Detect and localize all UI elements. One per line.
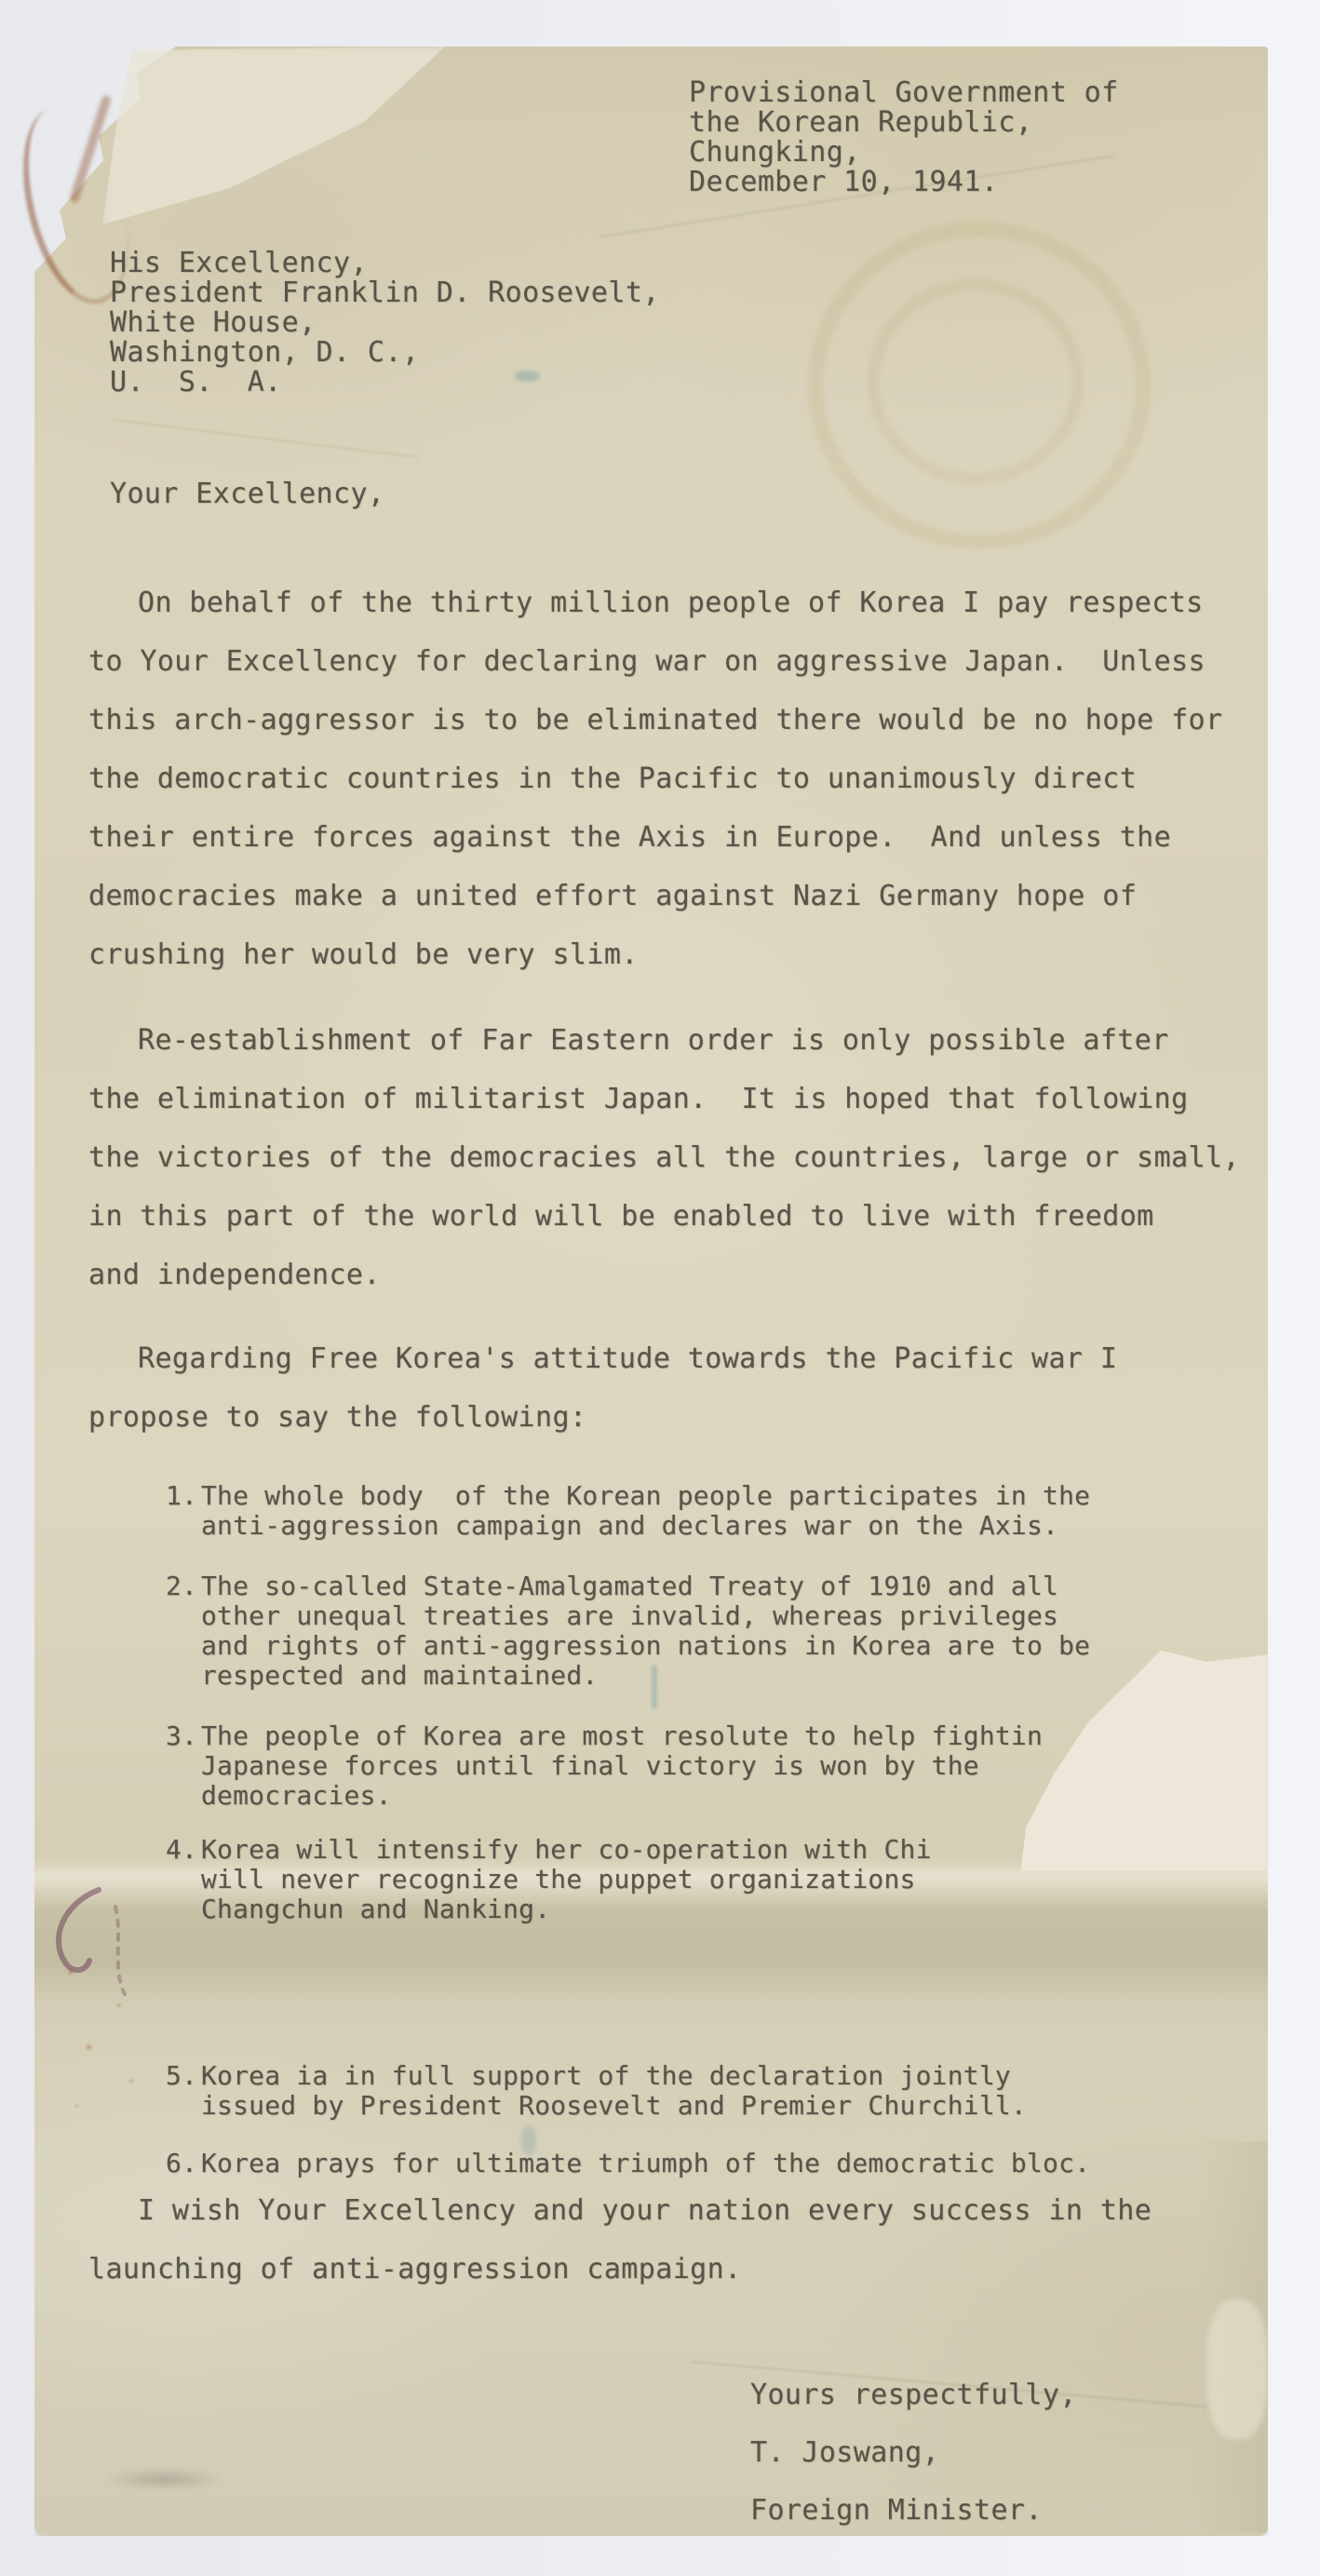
body-line: Re-establishment of Far Eastern order is… <box>138 1027 1169 1055</box>
list-item-number: 3. <box>166 1723 197 1749</box>
recipient-line: U. S. A. <box>110 369 282 397</box>
body-line: and independence. <box>88 1261 381 1289</box>
scanned-letter-page: Provisional Government of the Korean Rep… <box>0 0 1320 2576</box>
list-item-line: The so-called State-Amalgamated Treaty o… <box>201 1573 1058 1599</box>
body-line: to Your Excellency for declaring war on … <box>88 648 1206 676</box>
list-item-line: anti-aggression campaign and declares wa… <box>201 1513 1058 1539</box>
signature-title: Foreign Minister. <box>750 2497 1043 2525</box>
body-line: the victories of the democracies all the… <box>88 1144 1240 1172</box>
body-line: Regarding Free Korea's attitude towards … <box>138 1345 1117 1373</box>
body-line: crushing her would be very slim. <box>88 941 639 969</box>
letter-date: December 10, 1941. <box>689 169 998 196</box>
letter-header-line: the Korean Republic, <box>689 109 1032 137</box>
list-item-line: Japanese forces until final victory is w… <box>201 1753 979 1779</box>
letter-header-line: Provisional Government of <box>689 79 1119 107</box>
list-item-number: 4. <box>166 1837 197 1863</box>
signature-closing: Yours respectfully, <box>750 2381 1077 2409</box>
list-item-line: Korea ia in full support of the declarat… <box>201 2063 1011 2089</box>
list-item-line: The whole body of the Korean people part… <box>201 1483 1090 1509</box>
recipient-line: His Excellency, <box>110 250 368 277</box>
list-item-line: The people of Korea are most resolute to… <box>201 1723 1043 1749</box>
list-item-line: will never recognize the puppet organiza… <box>201 1867 916 1893</box>
recipient-line: President Franklin D. Roosevelt, <box>110 279 660 307</box>
body-line: the democratic countries in the Pacific … <box>88 765 1137 793</box>
list-item-line: Changchun and Nanking. <box>201 1896 550 1922</box>
salutation: Your Excellency, <box>110 480 384 508</box>
list-item-number: 1. <box>166 1483 197 1509</box>
body-line: launching of anti-aggression campaign. <box>88 2256 742 2284</box>
body-line: their entire forces against the Axis in … <box>88 824 1171 852</box>
signature-name: T. Joswang, <box>750 2439 939 2467</box>
list-item-line: and rights of anti-aggression nations in… <box>201 1633 1090 1659</box>
list-item-number: 6. <box>166 2151 197 2177</box>
list-item-line: democracies. <box>201 1783 392 1809</box>
body-line: this arch-aggressor is to be eliminated … <box>88 707 1222 735</box>
body-line: I wish Your Excellency and your nation e… <box>138 2197 1152 2225</box>
body-line: democracies make a united effort against… <box>88 883 1137 910</box>
letter-header-line: Chungking, <box>689 139 861 167</box>
list-item-number: 2. <box>166 1573 197 1599</box>
list-item-line: Korea prays for ultimate triumph of the … <box>201 2151 1090 2177</box>
body-line: in this part of the world will be enable… <box>88 1203 1154 1231</box>
list-item-line: issued by President Roosevelt and Premie… <box>201 2093 1027 2119</box>
body-line: propose to say the following: <box>88 1404 586 1432</box>
recipient-line: Washington, D. C., <box>110 339 419 367</box>
body-line: the elimination of militarist Japan. It … <box>88 1086 1189 1113</box>
list-item-number: 5. <box>166 2063 197 2089</box>
recipient-line: White House, <box>110 309 317 337</box>
list-item-line: respected and maintained. <box>201 1663 598 1689</box>
body-line: On behalf of the thirty million people o… <box>138 589 1204 617</box>
list-item-line: other unequal treaties are invalid, wher… <box>201 1603 1058 1629</box>
list-item-line: Korea will intensify her co-operation wi… <box>201 1837 932 1863</box>
